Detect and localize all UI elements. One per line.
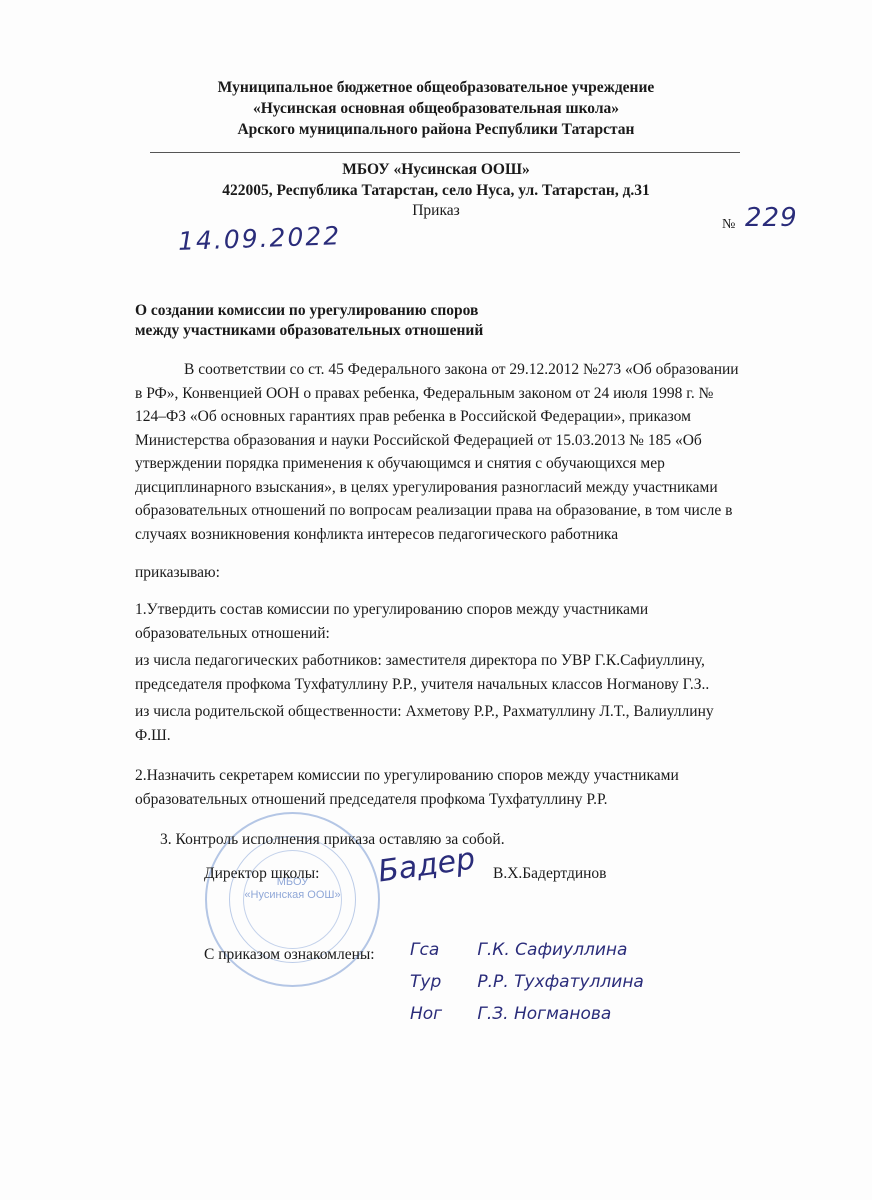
item-1-line1: 1.Утвердить состав комиссии по урегулиро… <box>135 598 648 622</box>
header-short-name: МБОУ «Нусинская ООШ» <box>0 160 872 180</box>
acknowledged-label: С приказом ознакомлены: <box>204 943 375 967</box>
pedagogues-line1: из числа педагогических работников: заме… <box>135 649 709 673</box>
preamble-line: дисциплинарного взыскания», в целях урег… <box>135 476 825 500</box>
item-2-line1: 2.Назначить секретарем комиссии по урегу… <box>135 764 679 788</box>
preamble-line: в РФ», Конвенцией ООН о правах ребенка, … <box>135 382 825 406</box>
item-2: 2.Назначить секретарем комиссии по урегу… <box>135 764 679 811</box>
preamble-line: В соответствии со ст. 45 Федерального за… <box>135 358 825 382</box>
parents-line1: из числа родительской общественности: Ах… <box>135 700 714 724</box>
preamble-line: Министерства образования и науки Российс… <box>135 429 825 453</box>
parents-line2: Ф.Ш. <box>135 724 714 748</box>
doc-type: Приказ <box>0 201 872 221</box>
preamble-line: 124–ФЗ «Об основных гарантиях прав ребен… <box>135 405 825 429</box>
preamble: В соответствии со ст. 45 Федерального за… <box>135 358 825 546</box>
header-address: 422005, Республика Татарстан, село Нуса,… <box>0 181 872 201</box>
ack-signature-row: Гса Г.К. Сафиуллина <box>410 934 644 966</box>
item-1-parents: из числа родительской общественности: Ах… <box>135 700 714 747</box>
header-org-line2: «Нусинская основная общеобразовательная … <box>0 99 872 119</box>
preamble-line: случаях возникновения конфликта интересо… <box>135 523 825 547</box>
ack-name: Г.К. Сафиуллина <box>477 940 627 960</box>
order-number: 229 <box>745 203 798 233</box>
item-1-line2: образовательных отношений: <box>135 622 648 646</box>
order-title-line2: между участниками образовательных отноше… <box>135 321 483 341</box>
order-date: 14.09.2022 <box>178 221 342 256</box>
order-word: приказываю: <box>135 561 220 585</box>
preamble-line: утверждении порядка применения к обучающ… <box>135 452 825 476</box>
order-title: О создании комиссии по урегулированию сп… <box>135 301 483 341</box>
item-2-line2: образовательных отношений председателя п… <box>135 788 679 812</box>
ack-sign: Гса <box>410 934 472 966</box>
director-role: Директор школы: <box>204 862 319 886</box>
stamp-line2: «Нусинская ООШ» <box>207 889 378 902</box>
order-title-line1: О создании комиссии по урегулированию сп… <box>135 301 483 321</box>
ack-signature-row: Ног Г.З. Ногманова <box>410 998 644 1030</box>
ack-signature-row: Тур Р.Р. Тухфатуллина <box>410 966 644 998</box>
item-1: 1.Утвердить состав комиссии по урегулиро… <box>135 598 648 645</box>
preamble-line: образовательных отношений по вопросам ре… <box>135 499 825 523</box>
ack-sign: Ног <box>410 998 472 1030</box>
ack-sign: Тур <box>410 966 472 998</box>
item-1-pedagogues: из числа педагогических работников: заме… <box>135 649 709 696</box>
order-number-label: № <box>722 217 735 233</box>
director-name: В.Х.Бадертдинов <box>493 862 607 886</box>
header-org-line1: Муниципальное бюджетное общеобразователь… <box>0 78 872 98</box>
pedagogues-line2: председателя профкома Тухфатуллину Р.Р.,… <box>135 673 709 697</box>
ack-name: Р.Р. Тухфатуллина <box>477 972 643 992</box>
acknowledged-signatures: Гса Г.К. Сафиуллина Тур Р.Р. Тухфатуллин… <box>410 934 644 1030</box>
ack-name: Г.З. Ногманова <box>477 1004 611 1024</box>
header-org-line3: Арского муниципального района Республики… <box>0 120 872 140</box>
header-divider <box>150 152 740 153</box>
